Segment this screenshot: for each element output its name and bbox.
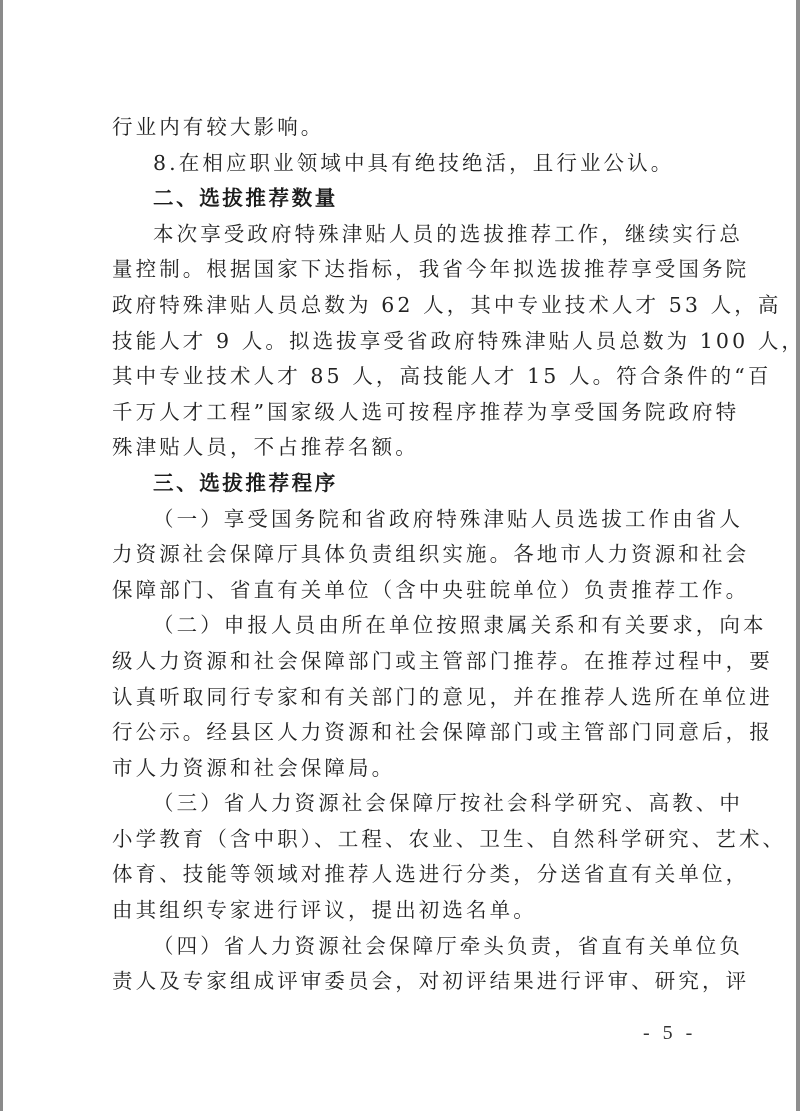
- text-line: 小学教育（含中职）、工程、农业、卫生、自然科学研究、艺术、: [112, 822, 696, 858]
- text-line: 行公示。经县区人力资源和社会保障部门或主管部门同意后，报: [112, 715, 696, 751]
- text-line: 技能人才 9 人。拟选拔享受省政府特殊津贴人员总数为 100 人，: [112, 324, 696, 360]
- document-page: 行业内有较大影响。 8.在相应职业领域中具有绝技绝活，且行业公认。 二、选拔推荐…: [3, 0, 796, 1111]
- text-line: 行业内有较大影响。: [112, 110, 696, 146]
- text-line: 力资源社会保障厅具体负责组织实施。各地市人力资源和社会: [112, 537, 696, 573]
- list-item-8: 8.在相应职业领域中具有绝技绝活，且行业公认。: [112, 146, 696, 182]
- text-line: 市人力资源和社会保障局。: [112, 751, 696, 787]
- page-edge-right: [796, 0, 800, 1111]
- text-line: 责人及专家组成评审委员会，对初评结果进行评审、研究，评: [112, 964, 696, 1000]
- text-line: 体育、技能等领域对推荐人选进行分类，分送省直有关单位，: [112, 857, 696, 893]
- section-heading-2: 二、选拔推荐数量: [112, 181, 696, 217]
- text-line: 量控制。根据国家下达指标，我省今年拟选拔推荐享受国务院: [112, 252, 696, 288]
- text-line: 由其组织专家进行评议，提出初选名单。: [112, 893, 696, 929]
- text-line: （四）省人力资源社会保障厅牵头负责，省直有关单位负: [112, 929, 696, 965]
- text-line: 政府特殊津贴人员总数为 62 人，其中专业技术人才 53 人，高: [112, 288, 696, 324]
- text-line: 本次享受政府特殊津贴人员的选拔推荐工作，继续实行总: [112, 217, 696, 253]
- text-line: 级人力资源和社会保障部门或主管部门推荐。在推荐过程中，要: [112, 644, 696, 680]
- section-heading-3: 三、选拔推荐程序: [112, 466, 696, 502]
- text-line: 千万人才工程”国家级人选可按程序推荐为享受国务院政府特: [112, 395, 696, 431]
- text-line: （三）省人力资源社会保障厅按社会科学研究、高教、中: [112, 786, 696, 822]
- text-line: （一）享受国务院和省政府特殊津贴人员选拔工作由省人: [112, 502, 696, 538]
- text-line: 殊津贴人员，不占推荐名额。: [112, 430, 696, 466]
- text-line: 其中专业技术人才 85 人，高技能人才 15 人。符合条件的“百: [112, 359, 696, 395]
- text-line: 认真听取同行专家和有关部门的意见，并在推荐人选所在单位进: [112, 680, 696, 716]
- document-body: 行业内有较大影响。 8.在相应职业领域中具有绝技绝活，且行业公认。 二、选拔推荐…: [112, 110, 696, 1000]
- text-line: （二）申报人员由所在单位按照隶属关系和有关要求，向本: [112, 608, 696, 644]
- text-line: 保障部门、省直有关单位（含中央驻皖单位）负责推荐工作。: [112, 573, 696, 609]
- page-number: - 5 -: [643, 1022, 696, 1045]
